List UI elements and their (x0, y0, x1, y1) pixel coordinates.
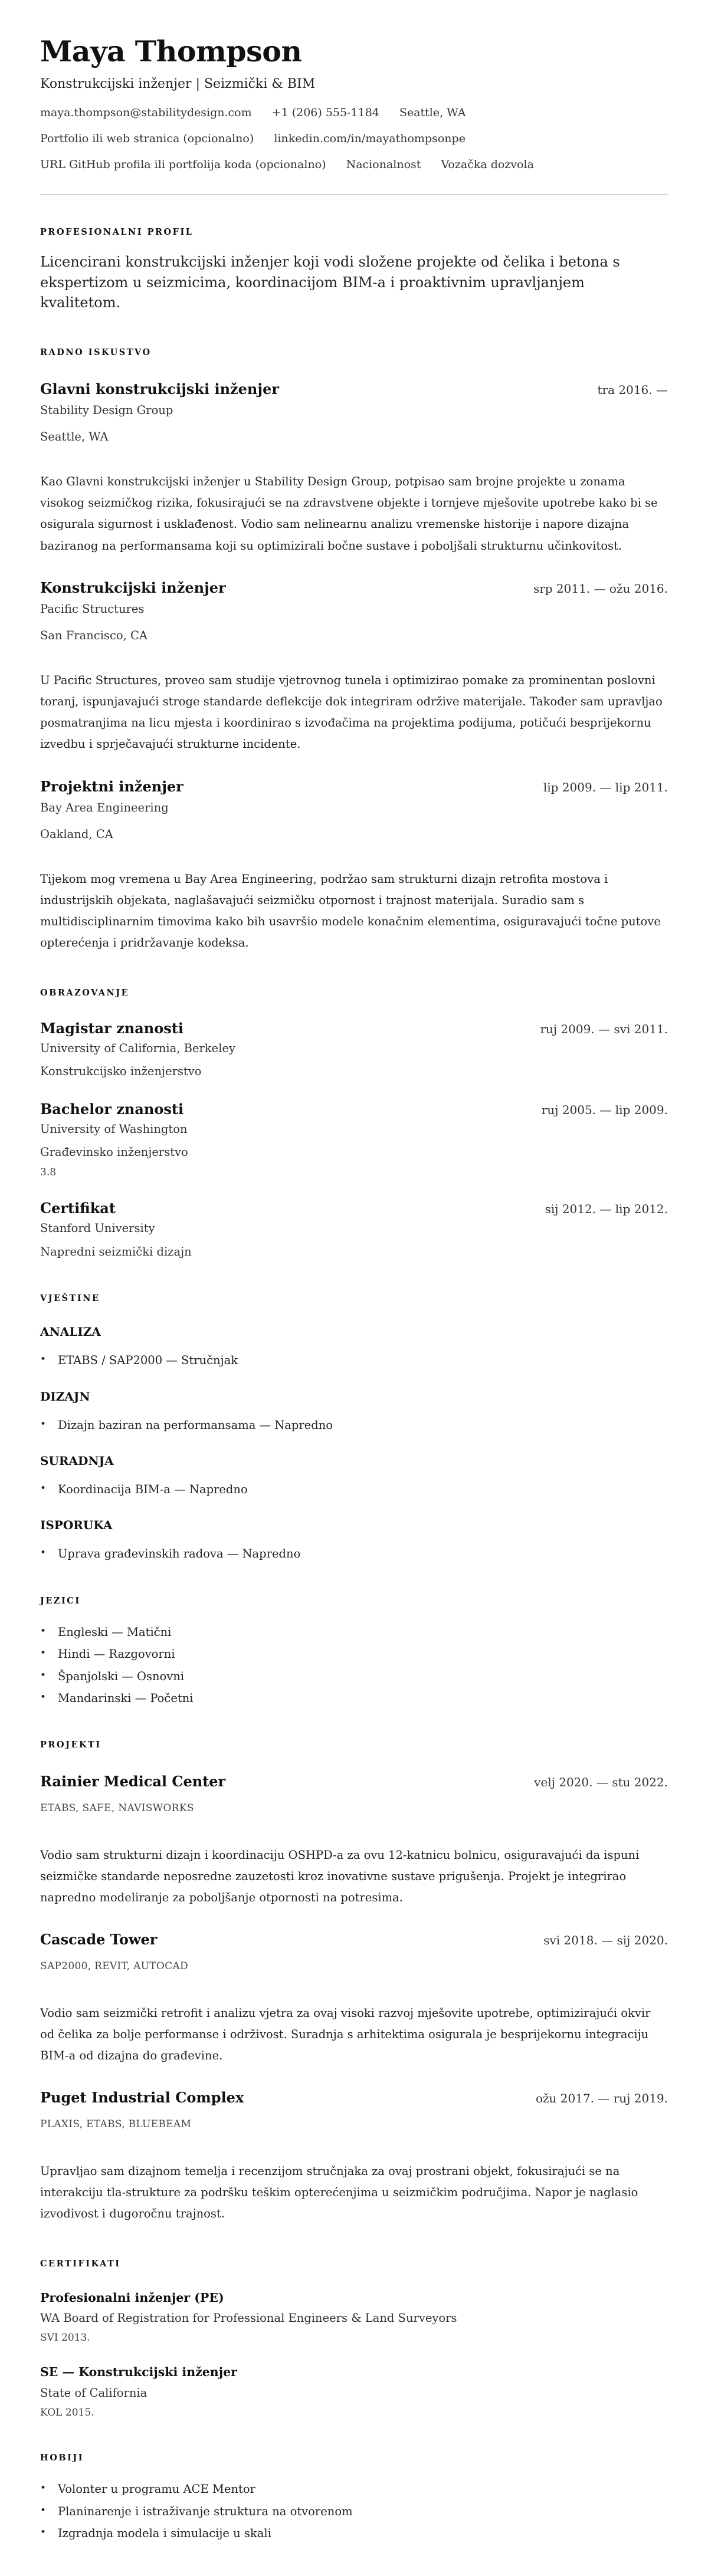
field-of-study: Konstrukcijsko inženjerstvo (40, 1064, 668, 1079)
skill-category: SURADNJA (40, 1454, 668, 1468)
education-entry: Certifikatsij 2012. — lip 2012.Stanford … (40, 1200, 668, 1259)
skill-list: Koordinacija BIM-a — Napredno (40, 1482, 668, 1497)
education-dates: ruj 2009. — svi 2011. (540, 1022, 668, 1036)
project-name: Puget Industrial Complex (40, 2089, 244, 2107)
education-entry: Magistar znanostiruj 2009. — svi 2011.Un… (40, 1020, 668, 1079)
certificate-date: KOL 2015. (40, 2407, 668, 2419)
contact-row-1: maya.thompson@stabilitydesign.com +1 (20… (40, 106, 668, 120)
headline: Konstrukcijski inženjer | Seizmički & BI… (40, 76, 668, 93)
degree-title: Bachelor znanosti (40, 1100, 183, 1118)
section-title: Vještine (40, 1293, 668, 1303)
certificate-name: SE — Konstrukcijski inženjer (40, 2365, 668, 2380)
experience-entry: Glavni konstrukcijski inženjertra 2016. … (40, 380, 668, 557)
section-title: Hobiji (40, 2453, 668, 2463)
nationality-text: Nacionalnost (346, 158, 421, 171)
education-dates: sij 2012. — lip 2012. (545, 1202, 668, 1216)
skills-section: Vještine ANALIZAETABS / SAP2000 — Stručn… (40, 1293, 668, 1562)
project-tech: PLAXIS, ETABS, BLUEBEAM (40, 2118, 668, 2130)
experience-entry: Konstrukcijski inženjersrp 2011. — ožu 2… (40, 579, 668, 755)
skill-list: ETABS / SAP2000 — Stručnjak (40, 1353, 668, 1368)
certificate-issuer: WA Board of Registration for Professiona… (40, 2311, 668, 2325)
location-text: Seattle, WA (399, 106, 466, 119)
job-title: Konstrukcijski inženjer (40, 579, 226, 597)
education-entry: Bachelor znanostiruj 2005. — lip 2009.Un… (40, 1100, 668, 1179)
job-location: Oakland, CA (40, 827, 668, 842)
certificate-date: SVI 2013. (40, 2332, 668, 2344)
skill-category: ISPORUKA (40, 1518, 668, 1532)
certificate-name: Profesionalni inženjer (PE) (40, 2291, 668, 2306)
section-title: Obrazovanje (40, 988, 668, 998)
school-name: University of Washington (40, 1122, 668, 1136)
project-dates: velj 2020. — stu 2022. (534, 1775, 668, 1789)
section-title: Certifikati (40, 2259, 668, 2269)
contact-row-2: Portfolio ili web stranica (opcionalno) … (40, 132, 668, 146)
skill-category: ANALIZA (40, 1325, 668, 1339)
skills-list: ANALIZAETABS / SAP2000 — StručnjakDIZAJN… (40, 1325, 668, 1561)
languages-section: Jezici Engleski — MatičniHindi — Razgovo… (40, 1596, 668, 1706)
hobby-item: Planinarenje i istraživanje struktura na… (40, 2504, 668, 2519)
section-title: Jezici (40, 1596, 668, 1606)
job-location: San Francisco, CA (40, 628, 668, 643)
field-of-study: Napredni seizmički dizajn (40, 1244, 668, 1259)
education-dates: ruj 2005. — lip 2009. (542, 1103, 668, 1117)
certificate-entry: SE — Konstrukcijski inženjerState of Cal… (40, 2365, 668, 2419)
project-dates: ožu 2017. — ruj 2019. (536, 2091, 668, 2105)
language-item: Mandarinski — Početni (40, 1691, 668, 1706)
projects-section: Projekti Rainier Medical Centervelj 2020… (40, 1740, 668, 2225)
hobbies-section: Hobiji Volonter u programu ACE MentorPla… (40, 2453, 668, 2541)
skill-item: Koordinacija BIM-a — Napredno (40, 1482, 668, 1497)
portfolio-link[interactable]: Portfolio ili web stranica (opcionalno) (40, 132, 254, 145)
project-name: Cascade Tower (40, 1931, 157, 1949)
company-name: Pacific Structures (40, 602, 668, 616)
education-list: Magistar znanostiruj 2009. — svi 2011.Un… (40, 1020, 668, 1259)
hobby-item: Izgradnja modela i simulacije u skali (40, 2526, 668, 2541)
languages-list: Engleski — MatičniHindi — RazgovorniŠpan… (40, 1625, 668, 1706)
project-entry: Rainier Medical Centervelj 2020. — stu 2… (40, 1773, 668, 1908)
company-name: Bay Area Engineering (40, 800, 668, 815)
project-description: Vodio sam seizmički retrofit i analizu v… (40, 2003, 668, 2066)
resume-page: Maya Thompson Konstrukcijski inženjer | … (0, 0, 708, 2576)
job-description: Kao Glavni konstrukcijski inženjer u Sta… (40, 471, 668, 556)
project-description: Vodio sam strukturni dizajn i koordinaci… (40, 1845, 668, 1908)
skill-item: ETABS / SAP2000 — Stručnjak (40, 1353, 668, 1368)
job-dates: lip 2009. — lip 2011. (543, 780, 668, 794)
job-location: Seattle, WA (40, 429, 668, 444)
entry-header: Cascade Towersvi 2018. — sij 2020. (40, 1931, 668, 1949)
entry-header: Puget Industrial Complexožu 2017. — ruj … (40, 2089, 668, 2107)
job-dates: srp 2011. — ožu 2016. (533, 581, 668, 596)
profile-section: Profesionalni profil Licencirani konstru… (40, 227, 668, 313)
project-description: Upravljao sam dizajnom temelja i recenzi… (40, 2161, 668, 2225)
experience-list: Glavni konstrukcijski inženjertra 2016. … (40, 380, 668, 954)
github-link[interactable]: URL GitHub profila ili portfolija koda (… (40, 158, 326, 171)
degree-title: Certifikat (40, 1200, 116, 1217)
job-dates: tra 2016. — (598, 383, 668, 397)
entry-header: Magistar znanostiruj 2009. — svi 2011. (40, 1020, 668, 1037)
project-name: Rainier Medical Center (40, 1773, 225, 1790)
language-item: Engleski — Matični (40, 1625, 668, 1639)
resume-header: Maya Thompson Konstrukcijski inženjer | … (40, 34, 668, 195)
job-description: Tijekom mog vremena u Bay Area Engineeri… (40, 869, 668, 954)
job-title: Glavni konstrukcijski inženjer (40, 380, 279, 398)
entry-header: Konstrukcijski inženjersrp 2011. — ožu 2… (40, 579, 668, 597)
hobby-item: Volonter u programu ACE Mentor (40, 2482, 668, 2496)
company-name: Stability Design Group (40, 403, 668, 418)
project-tech: SAP2000, REVIT, AUTOCAD (40, 1960, 668, 1972)
skill-category: DIZAJN (40, 1389, 668, 1404)
project-dates: svi 2018. — sij 2020. (543, 1933, 668, 1947)
field-of-study: Građevinsko inženjerstvo (40, 1145, 668, 1159)
experience-entry: Projektni inženjerlip 2009. — lip 2011.B… (40, 778, 668, 954)
education-section: Obrazovanje Magistar znanostiruj 2009. —… (40, 988, 668, 1259)
section-title: Radno iskustvo (40, 347, 668, 357)
contact-row-3: URL GitHub profila ili portfolija koda (… (40, 157, 668, 172)
certificate-entry: Profesionalni inženjer (PE)WA Board of R… (40, 2291, 668, 2344)
projects-list: Rainier Medical Centervelj 2020. — stu 2… (40, 1773, 668, 2225)
degree-title: Magistar znanosti (40, 1020, 183, 1037)
job-title: Projektni inženjer (40, 778, 183, 796)
gpa-value: 3.8 (40, 1167, 668, 1178)
section-title: Profesionalni profil (40, 227, 668, 237)
project-entry: Puget Industrial Complexožu 2017. — ruj … (40, 2089, 668, 2225)
section-title: Projekti (40, 1740, 668, 1750)
certificates-list: Profesionalni inženjer (PE)WA Board of R… (40, 2291, 668, 2419)
school-name: University of California, Berkeley (40, 1041, 668, 1056)
entry-header: Bachelor znanostiruj 2005. — lip 2009. (40, 1100, 668, 1118)
header-divider (40, 194, 668, 195)
entry-header: Glavni konstrukcijski inženjertra 2016. … (40, 380, 668, 398)
candidate-name: Maya Thompson (40, 34, 668, 69)
language-item: Hindi — Razgovorni (40, 1647, 668, 1661)
language-item: Španjolski — Osnovni (40, 1669, 668, 1684)
hobbies-list: Volonter u programu ACE MentorPlaninaren… (40, 2482, 668, 2541)
school-name: Stanford University (40, 1221, 668, 1236)
email-link[interactable]: maya.thompson@stabilitydesign.com (40, 106, 252, 119)
entry-header: Projektni inženjerlip 2009. — lip 2011. (40, 778, 668, 796)
certificate-issuer: State of California (40, 2386, 668, 2400)
skill-item: Uprava građevinskih radova — Napredno (40, 1546, 668, 1561)
entry-header: Rainier Medical Centervelj 2020. — stu 2… (40, 1773, 668, 1790)
phone-link[interactable]: +1 (206) 555-1184 (272, 106, 379, 119)
job-description: U Pacific Structures, proveo sam studije… (40, 670, 668, 755)
linkedin-link[interactable]: linkedin.com/in/mayathompsonpe (274, 132, 466, 145)
entry-header: Certifikatsij 2012. — lip 2012. (40, 1200, 668, 1217)
skill-list: Uprava građevinskih radova — Napredno (40, 1546, 668, 1561)
skill-list: Dizajn baziran na performansama — Napred… (40, 1418, 668, 1432)
project-entry: Cascade Towersvi 2018. — sij 2020.SAP200… (40, 1931, 668, 2066)
experience-section: Radno iskustvo Glavni konstrukcijski inž… (40, 347, 668, 954)
project-tech: ETABS, SAFE, NAVISWORKS (40, 1802, 668, 1814)
certificates-section: Certifikati Profesionalni inženjer (PE)W… (40, 2259, 668, 2419)
profile-summary: Licencirani konstrukcijski inženjer koji… (40, 252, 668, 313)
drivers-license-text: Vozačka dozvola (441, 158, 533, 171)
skill-item: Dizajn baziran na performansama — Napred… (40, 1418, 668, 1432)
